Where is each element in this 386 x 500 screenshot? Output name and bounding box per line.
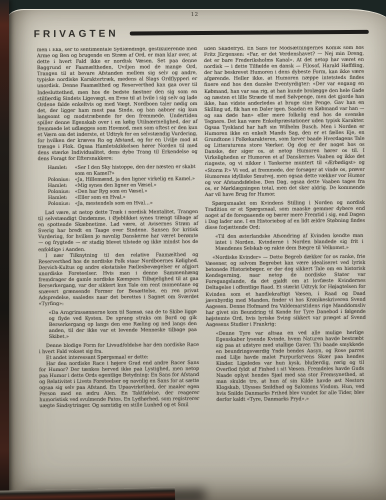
book-page: 12 FRIVAGTEN men i Eka, ser to sentiment…	[8, 9, 386, 500]
page-content: 12 FRIVAGTEN men i Eka, ser to sentiment…	[7, 9, 386, 500]
dialogue-text: «Ser I den Sky histoppe, den der næsten …	[75, 165, 198, 178]
dialogue-block: Hamlet:«Ser I den Sky histoppe, den der …	[38, 165, 198, 209]
text-paragraph: Spørgsmaalet om Kvindens Stilling i Nord…	[205, 201, 365, 233]
text-paragraph: «Nordiske Kvinder» — Dette Begreb dækker…	[205, 255, 366, 329]
text-paragraph: men i Eka, ser to sentimentale Sydlændin…	[37, 47, 198, 164]
quote-paragraph: «Denne Tyre var altsaa en ved alle mulig…	[216, 330, 365, 404]
text-paragraph: Denne blodige Form for Livsudfoldelse ha…	[39, 343, 199, 356]
text-paragraph: Har den nordiske Race i højere Grad end …	[39, 361, 199, 411]
dialogue-speaker: Hamlet:	[48, 166, 75, 178]
photo-frame: 12 FRIVAGTEN men i Eka, ser to sentiment…	[0, 0, 386, 500]
text-paragraph: Lad være, at netop dette Træk i nordisk …	[38, 210, 198, 254]
dialogue-line: Polonius:«Ja, mestendels som en Hval…»	[38, 201, 198, 208]
book-bottom-edge	[0, 487, 175, 500]
page-number: 12	[183, 12, 207, 18]
left-column: men i Eka, ser to sentimentale Sydlændin…	[37, 47, 200, 411]
section-title: FRIVAGTEN	[34, 28, 119, 40]
quote-paragraph: «Til den østerlandske Afsondring af Kvin…	[215, 234, 363, 253]
dialogue-speaker: Polonius:	[48, 202, 75, 208]
book-spine-edge	[0, 0, 9, 500]
dialogue-text: «Ja, mestendels som en Hval…»	[75, 201, 198, 208]
text-paragraph: I nær Tilknytning til den relative Faamæ…	[38, 253, 198, 309]
right-column: uden Skadefryd. En Sans for Modsætninger…	[204, 46, 367, 410]
page-header: FRIVAGTEN	[34, 25, 369, 41]
text-columns: men i Eka, ser to sentimentale Sydlændin…	[37, 46, 367, 411]
text-paragraph: uden Skadefryd. En Sans for Modsætninger…	[204, 46, 365, 199]
quote-paragraph: «Da Arngrimssønnerne kom til Samsø, saa …	[49, 310, 197, 341]
header-rule	[130, 30, 369, 35]
